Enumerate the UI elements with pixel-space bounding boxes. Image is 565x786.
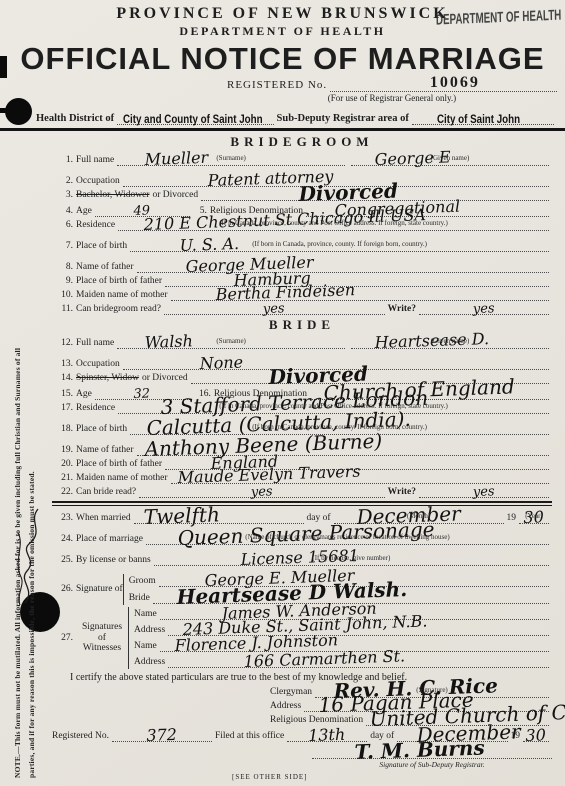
field-number: 19. <box>52 445 76 456</box>
groom-read-line: yes <box>164 302 385 315</box>
given-name-caption: (Given name) <box>351 154 549 162</box>
registered-no-label: REGISTERED No. <box>227 79 327 92</box>
field-groom-residence: 6. Residence 210 E Chestnut St Chicago I… <box>52 218 552 231</box>
filed-label: Filed at this office <box>215 731 284 742</box>
field-number: 9. <box>52 276 76 287</box>
denomination-label: Religious Denomination <box>270 715 363 726</box>
registrar-only-note: (For use of Registrar General only.) <box>227 93 557 103</box>
margin-note-line1: NOTE.—This form must not be mutilated. A… <box>13 150 22 778</box>
write-label: Write? <box>388 487 416 498</box>
field-label: Occupation <box>76 176 120 187</box>
field-groom-full-name: 1. Full name Mueller (Surname) George E … <box>52 153 552 166</box>
field-bride-full-name: 12. Full name Walsh (Surname) Heartsease… <box>52 336 552 349</box>
groom-given-name-line: George E (Given name) <box>351 153 549 166</box>
birthplace-caption: (If born in Canada, province, county. If… <box>130 240 549 248</box>
field-label: Maiden name of mother <box>76 290 168 301</box>
registrar-signature-line: T. M. Burns <box>312 744 552 759</box>
married-year-line: 30 (Year) <box>519 511 549 524</box>
struck-options: Bachelor, Widower <box>76 190 149 200</box>
remaining-option: or Divorced <box>152 190 198 200</box>
registered-no-row: REGISTERED No. 10069 <box>227 79 557 92</box>
field-groom-birthplace: 7. Place of birth U. S. A. (If born in C… <box>52 239 552 252</box>
write-label: Write? <box>388 304 416 315</box>
field-number: 15. <box>52 389 76 400</box>
field-label: Signature of <box>76 584 123 595</box>
year-prefix: 19 <box>507 513 517 524</box>
groom-birthplace-line: U. S. A. (If born in Canada, province, c… <box>130 239 549 252</box>
groom-mother-line: Bertha Findeisen <box>171 288 549 301</box>
field-number: 17. <box>52 403 76 414</box>
witnesses-label-line2: of <box>76 633 128 644</box>
health-district-row: Health District of City and County of Sa… <box>36 112 557 125</box>
witness-name-label: Name <box>134 641 157 652</box>
field-number: 27. <box>52 633 76 644</box>
subdeputy-area-line: City of Saint John <box>412 112 554 125</box>
subdeputy-area-value: City of Saint John <box>437 114 520 126</box>
field-number: 25. <box>52 555 76 566</box>
license-line: License 15681 (If by license, give numbe… <box>154 553 549 566</box>
witnesses-label-line1: Signatures <box>76 622 128 633</box>
field-label: Place of birth <box>76 241 127 252</box>
field-number: 14. <box>52 373 76 384</box>
field-label: Name of father <box>76 262 134 273</box>
header-rule <box>0 128 565 131</box>
field-label: Spinster, Widowor Divorced <box>76 373 188 384</box>
field-number: 12. <box>52 338 76 349</box>
field-number: 20. <box>52 459 76 470</box>
groom-signature-label: Groom <box>129 576 156 587</box>
field-label: Place of birth of father <box>76 459 162 470</box>
field-label: Occupation <box>76 359 120 370</box>
bride-given-name-line: Heartsease D. (Given name) <box>351 336 549 349</box>
health-district-line: City and County of Saint John <box>117 112 273 125</box>
department-title: DEPARTMENT OF HEALTH <box>0 24 565 39</box>
field-label: Full name <box>76 155 114 166</box>
health-district-label: Health District of <box>36 113 114 125</box>
groom-mother-value: Bertha Findeisen <box>215 280 355 304</box>
field-number: 21. <box>52 473 76 484</box>
field-number: 6. <box>52 220 76 231</box>
witness-name-label: Name <box>134 609 157 620</box>
bride-write-line: yes <box>419 485 549 498</box>
surname-caption: (Surname) <box>117 154 345 162</box>
section-divider <box>52 501 552 506</box>
field-number: 13. <box>52 359 76 370</box>
registered-no-value: 10069 <box>430 74 480 92</box>
field-label: Can bride read? <box>76 487 136 498</box>
clergyman-label: Clergyman <box>270 687 312 698</box>
field-number: 22. <box>52 487 76 498</box>
filed-year-line: 30 <box>523 729 549 742</box>
bride-mother-line: Maude Evelyn Travers <box>171 471 549 484</box>
field-groom-marital-status: 3. Bachelor, Widoweror Divorced Divorced <box>52 188 552 201</box>
groom-surname-line: Mueller (Surname) <box>117 153 345 166</box>
see-other-side-note: [SEE OTHER SIDE] <box>232 773 552 781</box>
witness2-address-row: Address 166 Carmarthen St. <box>134 655 552 668</box>
margin-note-line2: parties, and if for any reason this is i… <box>27 150 36 778</box>
bride-occupation-value: None <box>199 352 243 373</box>
bride-read-line: yes <box>139 485 385 498</box>
field-label: Maiden name of mother <box>76 473 168 484</box>
document-title: OFFICIAL NOTICE OF MARRIAGE <box>0 41 565 77</box>
bride-surname-line: Walsh (Surname) <box>117 336 345 349</box>
witness-address-label: Address <box>134 625 165 636</box>
field-label: Can bridegroom read? <box>76 304 161 315</box>
field-number: 24. <box>52 534 76 545</box>
field-place-of-marriage: 24. Place of marriage Queen Square Parso… <box>52 532 552 545</box>
field-bride-mother: 21. Maiden name of mother Maude Evelyn T… <box>52 471 552 484</box>
field-label: Bachelor, Widoweror Divorced <box>76 190 198 201</box>
field-bride-literacy: 22. Can bride read? yes Write? yes <box>52 485 552 498</box>
field-label: Age <box>76 389 92 400</box>
marriage-place-line: Queen Square Parsonage (Name of church o… <box>146 532 549 545</box>
field-number: 26. <box>52 584 76 595</box>
field-label: When married <box>76 513 131 524</box>
bride-father-line: Anthony Beene (Burne) <box>137 443 550 456</box>
groom-read-value: yes <box>263 301 285 317</box>
document-header: DEPARTMENT OF HEALTH PROVINCE OF NEW BRU… <box>0 0 565 131</box>
field-label: Place of marriage <box>76 534 143 545</box>
bride-read-value: yes <box>251 484 273 500</box>
field-label: By license or banns <box>76 555 151 566</box>
witnesses-label-line3: Witnesses <box>76 643 128 654</box>
form-body: BRIDEGROOM 1. Full name Mueller (Surname… <box>52 134 552 781</box>
groom-residence-line: 210 E Chestnut St Chicago Ill USA (If in… <box>118 218 549 231</box>
struck-options: Spinster, Widow <box>76 373 139 383</box>
field-groom-literacy: 11. Can bridegroom read? yes Write? yes <box>52 302 552 315</box>
field-number: 7. <box>52 241 76 252</box>
field-number: 10. <box>52 290 76 301</box>
groom-write-line: yes <box>419 302 549 315</box>
address-label: Address <box>270 701 301 712</box>
field-label: Place of birth <box>76 424 127 435</box>
field-number: 1. <box>52 155 76 166</box>
year-caption: (Year) <box>519 512 549 520</box>
witness1-address-row: Address 243 Duke St., Saint John, N.B. <box>134 623 552 636</box>
field-license-or-banns: 25. By license or banns License 15681 (I… <box>52 553 552 566</box>
field-bride-father: 19. Name of father Anthony Beene (Burne) <box>52 443 552 456</box>
registered-no-value: 372 <box>146 725 177 745</box>
bride-age-value: 32 <box>134 386 151 402</box>
field-signatures-witnesses: 27. Signatures of Witnesses Name James W… <box>52 607 552 669</box>
field-label: Name of father <box>76 445 134 456</box>
residence-caption: (If in Canada, province, county and Post… <box>118 219 549 227</box>
bride-write-value: yes <box>473 484 495 500</box>
field-label: Residence <box>76 403 115 414</box>
license-caption: (If by license, give number) <box>154 554 549 562</box>
registrar-signature-block: T. M. Burns Signature of Sub-Deputy Regi… <box>312 744 552 769</box>
field-number: 11. <box>52 304 76 315</box>
field-groom-mother: 10. Maiden name of mother Bertha Findeis… <box>52 288 552 301</box>
groom-father-line: George Mueller <box>137 260 550 273</box>
field-label: Residence <box>76 220 115 231</box>
witnesses-label: Signatures of Witnesses <box>76 622 128 655</box>
groom-write-value: yes <box>473 301 495 317</box>
registered-no-label: Registered No. <box>52 731 109 742</box>
field-number: 18. <box>52 424 76 435</box>
field-number: 2. <box>52 176 76 187</box>
filed-year-value: 30 <box>525 725 546 745</box>
marriage-place-caption: (Name of church or clergyman's residence… <box>146 533 549 541</box>
field-number: 8. <box>52 262 76 273</box>
field-number: 23. <box>52 513 76 524</box>
field-label: Age <box>76 206 92 217</box>
witness2-address-line: 166 Carmarthen St. <box>168 655 549 668</box>
given-name-caption: (Given name) <box>351 337 549 345</box>
witness-signature-group: Name James W. Anderson Address 243 Duke … <box>128 607 552 669</box>
field-label: Place of birth of father <box>76 276 162 287</box>
registrar-signature-caption: Signature of Sub-Deputy Registrar. <box>312 760 552 769</box>
subdeputy-area-label: Sub-Deputy Registrar area of <box>277 113 409 125</box>
remaining-option: or Divorced <box>142 373 188 383</box>
registered-no-line: 10069 <box>330 79 557 92</box>
surname-caption: (Surname) <box>117 337 345 345</box>
field-number: 4. <box>52 206 76 217</box>
field-label: Full name <box>76 338 114 349</box>
witness-address-label: Address <box>134 657 165 668</box>
registrar-signature-value: T. M. Burns <box>354 735 485 764</box>
bridegroom-section-title: BRIDEGROOM <box>52 134 552 150</box>
filed-day-value: 13th <box>308 725 346 745</box>
field-number: 3. <box>52 190 76 201</box>
health-district-value: City and County of Saint John <box>123 114 263 126</box>
bride-signature-label: Bride <box>129 593 150 604</box>
registered-no-line: 372 <box>112 729 212 742</box>
